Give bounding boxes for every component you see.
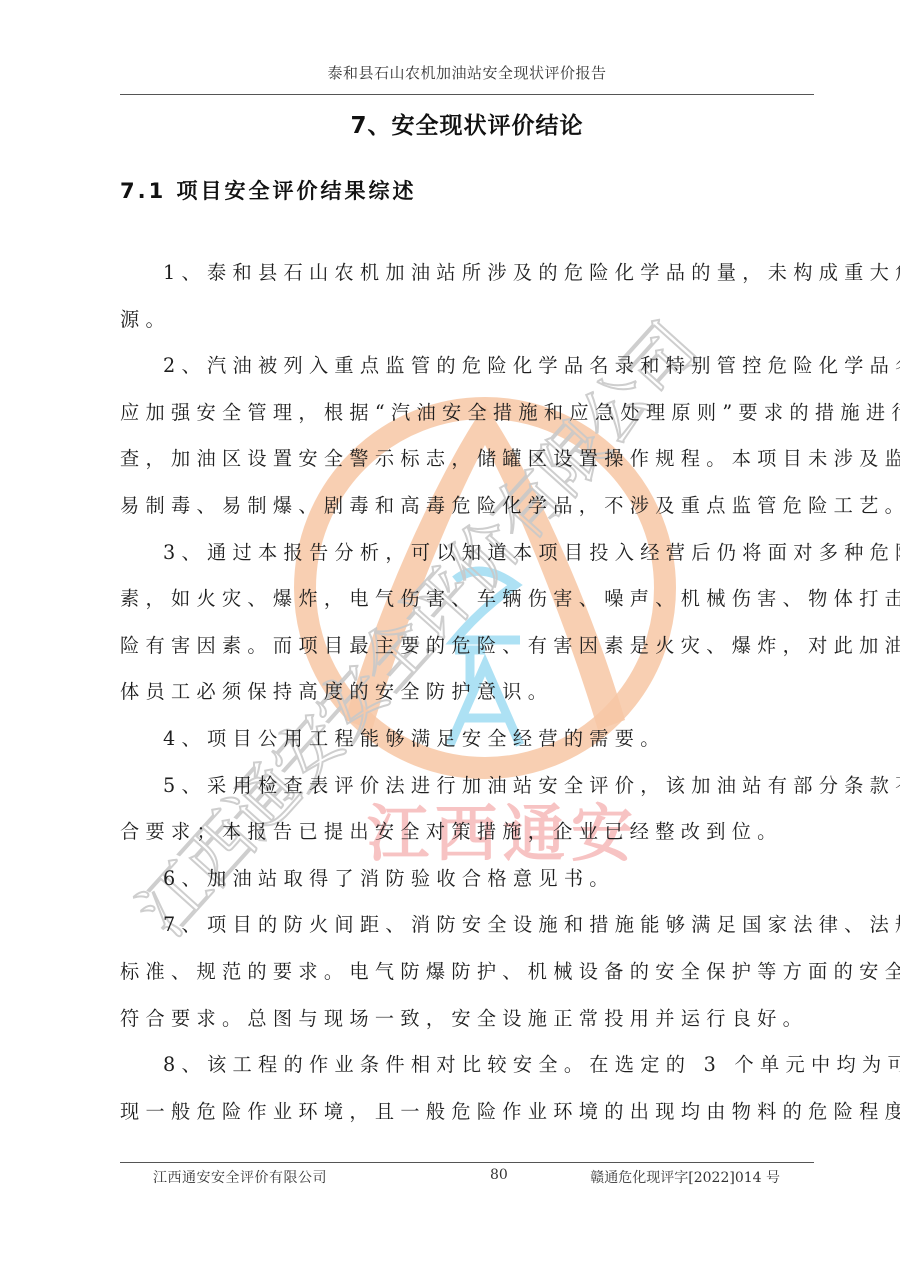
text-line: 源。 <box>120 305 820 352</box>
text-line: 7、项目的防火间距、消防安全设施和措施能够满足国家法律、法规、 <box>120 910 820 957</box>
document-page: 江西通安 江西通安安全评价有限公司 泰和县石山农机加油站安全现状评价报告 7、安… <box>0 0 900 1272</box>
footer-divider <box>120 1162 814 1163</box>
text-line: 体员工必须保持高度的安全防护意识。 <box>120 677 820 724</box>
text-line: 1、泰和县石山农机加油站所涉及的危险化学品的量，未构成重大危险 <box>120 258 820 305</box>
chapter-title: 7、安全现状评价结论 <box>120 107 814 140</box>
section-title: 7.1 项目安全评价结果综述 <box>120 175 417 205</box>
text-line: 现一般危险作业环境，且一般危险作业环境的出现均由物料的危险程度所决 <box>120 1097 820 1144</box>
text-line: 标准、规范的要求。电气防爆防护、机械设备的安全保护等方面的安全设施 <box>120 957 820 1004</box>
text-line: 应加强安全管理，根据“汽油安全措施和应急处理原则”要求的措施进行检 <box>120 398 820 445</box>
text-line: 8、该工程的作业条件相对比较安全。在选定的 3 个单元中均为可能出 <box>120 1050 820 1097</box>
text-line: 易制毒、易制爆、剧毒和高毒危险化学品，不涉及重点监管危险工艺。 <box>120 491 820 538</box>
text-line: 4、项目公用工程能够满足安全经营的需要。 <box>120 724 820 771</box>
text-line: 符合要求。总图与现场一致，安全设施正常投用并运行良好。 <box>120 1004 820 1051</box>
footer-company: 江西通安安全评价有限公司 <box>153 1167 327 1187</box>
text-line: 3、通过本报告分析，可以知道本项目投入经营后仍将面对多种危险因 <box>120 538 820 585</box>
page-footer: 江西通安安全评价有限公司 80 赣通危化现评字[2022]014 号 <box>120 1167 814 1189</box>
text-line: 险有害因素。而项目最主要的危险、有害因素是火灾、爆炸，对此加油站全 <box>120 631 820 678</box>
document-number: 赣通危化现评字[2022]014 号 <box>590 1167 780 1187</box>
text-line: 查，加油区设置安全警示标志，储罐区设置操作规程。本项目未涉及监控、 <box>120 444 820 491</box>
page-number: 80 <box>490 1167 504 1183</box>
running-header-title: 泰和县石山农机加油站安全现状评价报告 <box>120 62 814 83</box>
text-line: 素，如火灾、爆炸，电气伤害、车辆伤害、噪声、机械伤害、物体打击等危 <box>120 584 820 631</box>
text-line: 2、汽油被列入重点监管的危险化学品名录和特别管控危险化学品名录， <box>120 351 820 398</box>
text-line: 合要求；本报告已提出安全对策措施，企业已经整改到位。 <box>120 817 820 864</box>
text-line: 6、加油站取得了消防验收合格意见书。 <box>120 864 820 911</box>
body-text: 1、泰和县石山农机加油站所涉及的危险化学品的量，未构成重大危险 源。 2、汽油被… <box>120 258 820 1143</box>
header-divider <box>120 94 814 95</box>
text-line: 5、采用检查表评价法进行加油站安全评价，该加油站有部分条款不符 <box>120 771 820 818</box>
